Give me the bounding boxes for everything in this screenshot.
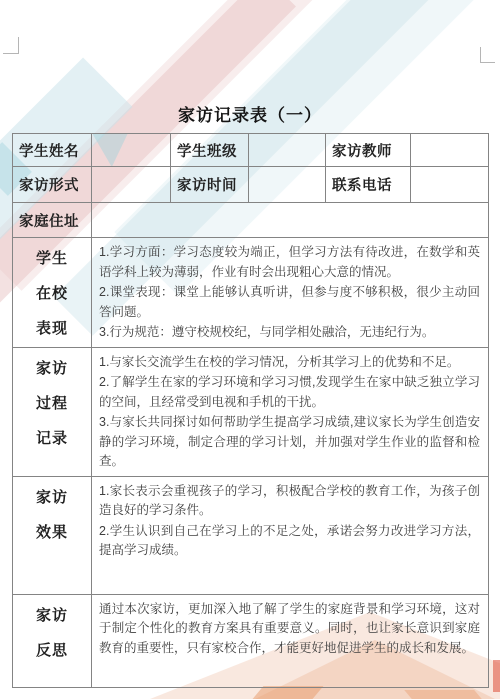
value-visiting-teacher[interactable]	[411, 134, 489, 167]
decor-orange-band-left	[253, 686, 324, 699]
page-title: 家访记录表（一）	[0, 101, 500, 126]
value-visit-type[interactable]	[92, 167, 171, 203]
section-content-visit-effect[interactable]: 1.家长表示会重视孩子的学习，积极配合学校的教育工作，为孩子创造良好的学习条件。…	[92, 476, 489, 594]
content-item: 1.与家长交流学生在校的学习情况，分析其学习上的优势和不足。	[99, 353, 480, 373]
content-item: 通过本次家访，更加深入地了解了学生的家庭背景和学习环境，这对于制定个性化的教育方…	[99, 600, 480, 659]
content-item: 3.行为规范：遵守校规校纪，与同学相处融洽，无违纪行为。	[99, 323, 480, 343]
page-corner-mark-top-right	[480, 47, 495, 63]
section-student-performance: 学生 在校 表现 1.学习方面：学习态度较为端正，但学习方法有待改进，在数学和英…	[13, 238, 489, 348]
label-visiting-teacher: 家访教师	[326, 134, 411, 167]
decor-orange-band-right	[404, 690, 482, 699]
section-visit-effect: 家访 效果 1.家长表示会重视孩子的学习，积极配合学校的教育工作，为孩子创造良好…	[13, 476, 489, 594]
section-label-visit-process: 家访 过程 记录	[13, 347, 92, 476]
label-student-name: 学生姓名	[13, 134, 92, 167]
table-row: 学生姓名 学生班级 家访教师	[13, 134, 489, 167]
label-visit-type: 家访形式	[13, 167, 92, 203]
value-home-address[interactable]	[92, 203, 489, 238]
content-item: 1.家长表示会重视孩子的学习，积极配合学校的教育工作，为孩子创造良好的学习条件。	[99, 482, 480, 521]
section-content-visit-reflection[interactable]: 通过本次家访，更加深入地了解了学生的家庭背景和学习环境，这对于制定个性化的教育方…	[92, 594, 489, 687]
page-corner-mark-top-left	[3, 37, 19, 54]
content-item: 2.学生认识到自己在学习上的不足之处，承诺会努力改进学习方法，提高学习成绩。	[99, 522, 480, 561]
table-row: 家访形式 家访时间 联系电话	[13, 167, 489, 203]
content-item: 3.与家长共同探讨如何帮助学生提高学习成绩,建议家长为学生创造安静的学习环境，制…	[99, 413, 480, 472]
section-visit-process: 家访 过程 记录 1.与家长交流学生在校的学习情况，分析其学习上的优势和不足。 …	[13, 347, 489, 476]
section-content-visit-process[interactable]: 1.与家长交流学生在校的学习情况，分析其学习上的优势和不足。 2.了解学生在家的…	[92, 347, 489, 476]
label-visit-time: 家访时间	[171, 167, 249, 203]
value-contact-phone[interactable]	[411, 167, 489, 203]
section-label-visit-effect: 家访 效果	[13, 476, 92, 594]
value-student-class[interactable]	[249, 134, 326, 167]
content-item: 2.课堂表现：课堂上能够认真听讲，但参与度不够积极，很少主动回答问题。	[99, 283, 480, 322]
content-item: 2.了解学生在家的学习环境和学习习惯,发现学生在家中缺乏独立学习的空间，且经常受…	[99, 373, 480, 412]
section-visit-reflection: 家访 反思 通过本次家访，更加深入地了解了学生的家庭背景和学习环境，这对于制定个…	[13, 594, 489, 687]
section-label-student-performance: 学生 在校 表现	[13, 238, 92, 348]
section-label-visit-reflection: 家访 反思	[13, 594, 92, 687]
value-student-name[interactable]	[92, 134, 171, 167]
label-student-class: 学生班级	[171, 134, 249, 167]
label-contact-phone: 联系电话	[326, 167, 411, 203]
value-visit-time[interactable]	[249, 167, 326, 203]
table-row: 家庭住址	[13, 203, 489, 238]
content-item: 1.学习方面：学习态度较为端正，但学习方法有待改进，在数学和英语学科上较为薄弱，…	[99, 243, 480, 282]
decor-red-sliver	[493, 660, 500, 692]
label-home-address: 家庭住址	[13, 203, 92, 238]
section-content-student-performance[interactable]: 1.学习方面：学习态度较为端正，但学习方法有待改进，在数学和英语学科上较为薄弱，…	[92, 238, 489, 348]
home-visit-record-table: 学生姓名 学生班级 家访教师 家访形式 家访时间 联系电话 家庭住址 学生 在校…	[12, 133, 489, 688]
